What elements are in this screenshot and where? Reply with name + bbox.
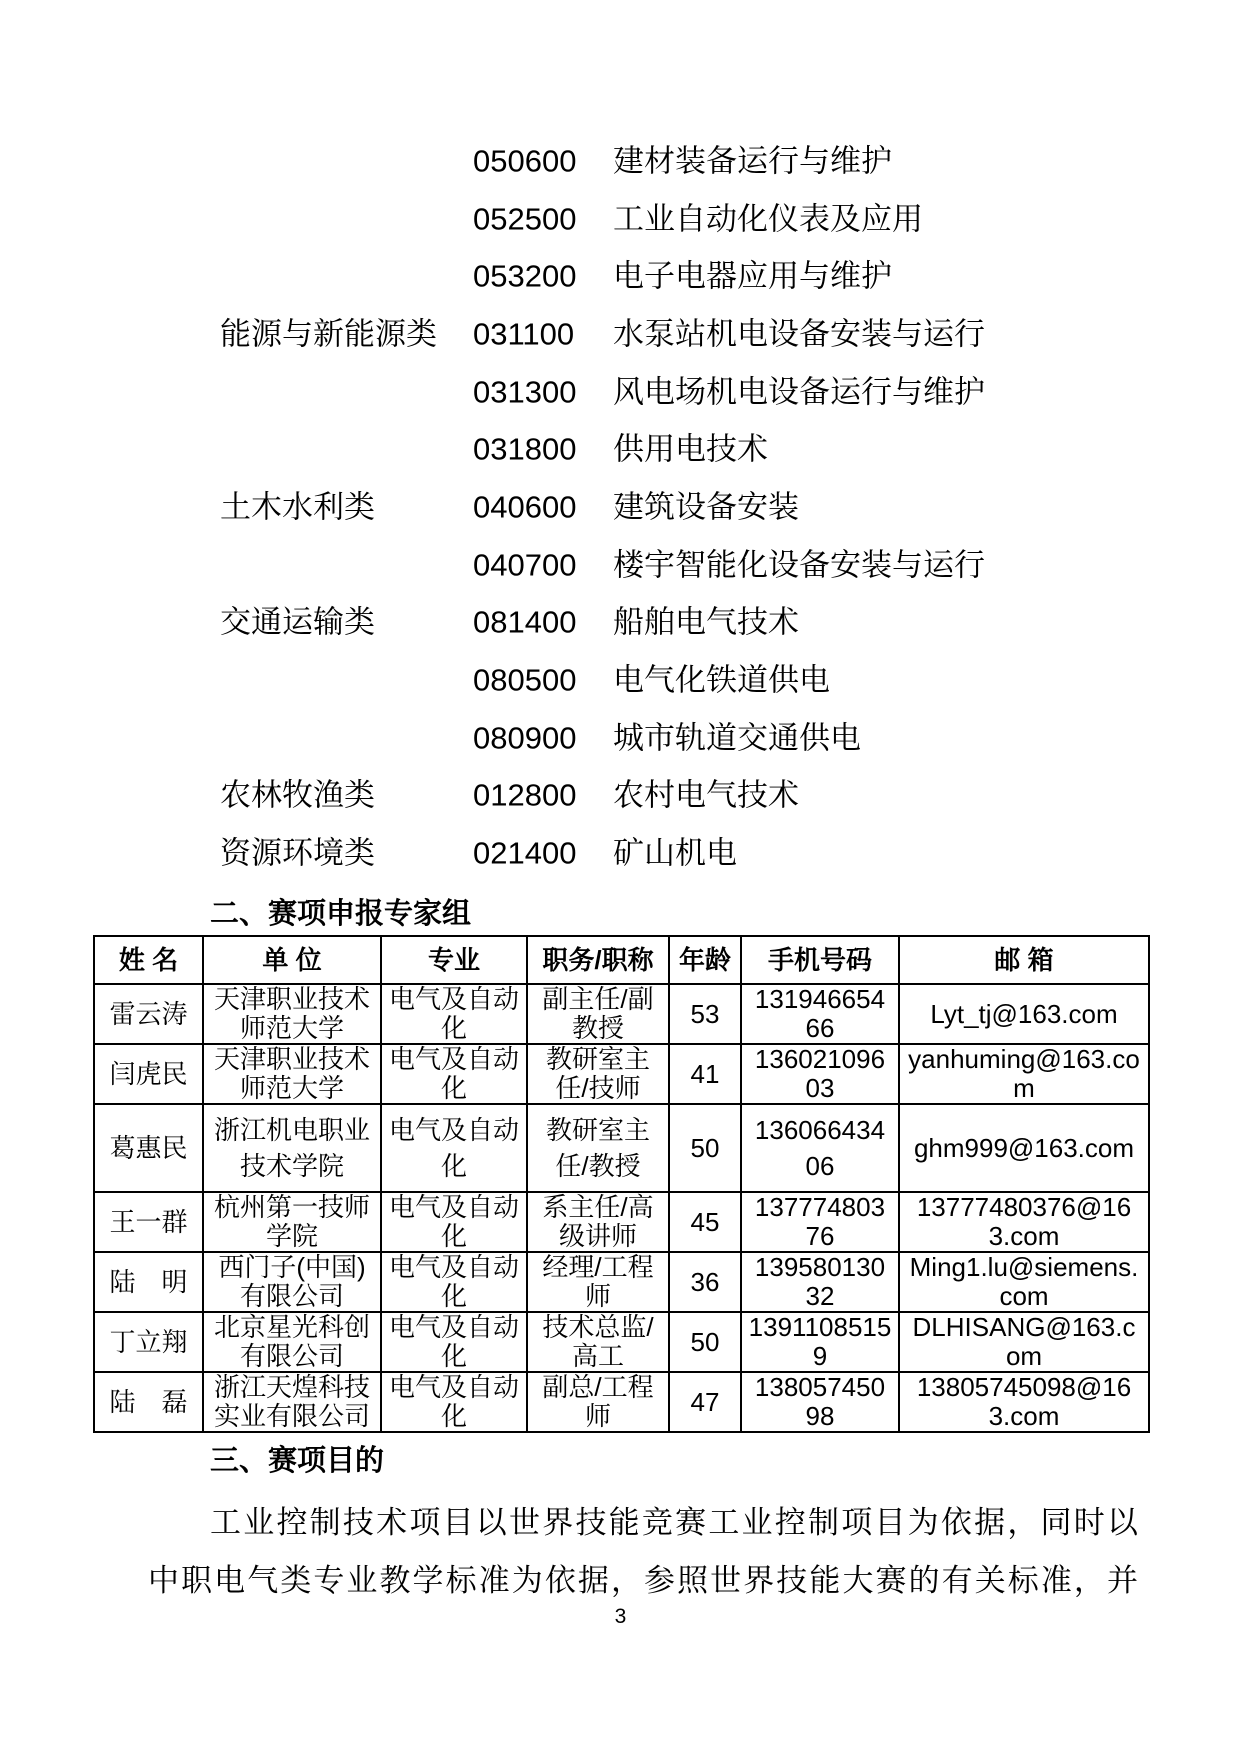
code-number: 021400	[473, 838, 576, 869]
column-header: 专业	[381, 936, 527, 984]
cell-name: 陆 明	[94, 1252, 203, 1312]
cell-major: 电气及自动化	[381, 1044, 527, 1104]
code-list-row: 能源与新能源类 031100 水泵站机电设备安装与运行	[0, 305, 1241, 363]
cell-phone: 13606643406	[741, 1104, 899, 1192]
code-list-row: 资源环境类 021400 矿山机电	[0, 824, 1241, 882]
code-number: 040600	[473, 491, 576, 522]
specialty-name: 建材装备运行与维护	[613, 145, 892, 176]
cell-unit: 浙江机电职业技术学院	[203, 1104, 381, 1192]
code-category: 资源环境类	[220, 838, 375, 869]
column-header: 手机号码	[741, 936, 899, 984]
specialty-name: 工业自动化仪表及应用	[613, 203, 923, 234]
code-category: 能源与新能源类	[220, 318, 437, 349]
specialty-code-list: 050600 建材装备运行与维护 052500 工业自动化仪表及应用 05320…	[0, 132, 1241, 882]
cell-title: 经理/工程师	[527, 1252, 669, 1312]
cell-email: 13805745098@163.com	[899, 1372, 1149, 1432]
code-number: 050600	[473, 145, 576, 176]
cell-email: DLHISANG@163.com	[899, 1312, 1149, 1372]
code-list-row: 080900 城市轨道交通供电	[0, 709, 1241, 767]
code-number: 080500	[473, 665, 576, 696]
cell-name: 丁立翔	[94, 1312, 203, 1372]
cell-unit: 天津职业技术师范大学	[203, 1044, 381, 1104]
code-list-row: 052500 工业自动化仪表及应用	[0, 190, 1241, 248]
cell-name: 葛惠民	[94, 1104, 203, 1192]
cell-name: 闫虎民	[94, 1044, 203, 1104]
code-number: 081400	[473, 607, 576, 638]
specialty-name: 建筑设备安装	[613, 491, 799, 522]
cell-age: 47	[669, 1372, 741, 1432]
cell-email: yanhuming@163.com	[899, 1044, 1149, 1104]
experts-table-header-row: 姓 名单 位专业职务/职称年龄手机号码邮 箱	[94, 936, 1149, 984]
cell-title: 教研室主任/技师	[527, 1044, 669, 1104]
code-list-row: 交通运输类 081400 船舶电气技术	[0, 594, 1241, 652]
experts-table-body: 雷云涛天津职业技术师范大学电气及自动化副主任/副教授5313194665466L…	[94, 984, 1149, 1432]
cell-unit: 天津职业技术师范大学	[203, 984, 381, 1044]
cell-phone: 13194665466	[741, 984, 899, 1044]
code-list-row: 080500 电气化铁道供电	[0, 651, 1241, 709]
code-number: 053200	[473, 261, 576, 292]
specialty-name: 矿山机电	[613, 838, 737, 869]
expert-row: 葛惠民浙江机电职业技术学院电气及自动化教研室主任/教授5013606643406…	[94, 1104, 1149, 1192]
cell-unit: 杭州第一技师学院	[203, 1192, 381, 1252]
specialty-name: 电子电器应用与维护	[613, 261, 892, 292]
column-header: 姓 名	[94, 936, 203, 984]
experts-section-heading: 二、赛项申报专家组	[210, 897, 471, 931]
purpose-line: 中职电气类专业教学标准为依据，参照世界技能大赛的有关标准，并	[148, 1552, 1138, 1610]
specialty-name: 船舶电气技术	[613, 607, 799, 638]
purpose-section-heading: 三、赛项目的	[210, 1444, 384, 1478]
code-number: 040700	[473, 549, 576, 580]
cell-phone: 13958013032	[741, 1252, 899, 1312]
cell-age: 50	[669, 1104, 741, 1192]
code-list-row: 031300 风电场机电设备运行与维护	[0, 363, 1241, 421]
specialty-name: 供用电技术	[613, 434, 768, 465]
purpose-line: 工业控制技术项目以世界技能竞赛工业控制项目为依据，同时以	[148, 1494, 1138, 1552]
code-list-row: 040700 楼宇智能化设备安装与运行	[0, 536, 1241, 594]
document-page: 050600 建材装备运行与维护 052500 工业自动化仪表及应用 05320…	[0, 0, 1241, 1754]
cell-unit: 浙江天煌科技实业有限公司	[203, 1372, 381, 1432]
cell-title: 系主任/高级讲师	[527, 1192, 669, 1252]
cell-major: 电气及自动化	[381, 1192, 527, 1252]
code-list-row: 053200 电子电器应用与维护	[0, 247, 1241, 305]
experts-table: 姓 名单 位专业职务/职称年龄手机号码邮 箱 雷云涛天津职业技术师范大学电气及自…	[93, 935, 1150, 1433]
cell-unit: 西门子(中国)有限公司	[203, 1252, 381, 1312]
cell-name: 陆 磊	[94, 1372, 203, 1432]
cell-major: 电气及自动化	[381, 1104, 527, 1192]
code-number: 031300	[473, 376, 576, 407]
code-category: 土木水利类	[220, 491, 375, 522]
cell-name: 王一群	[94, 1192, 203, 1252]
cell-email: Ming1.lu@siemens.com	[899, 1252, 1149, 1312]
cell-phone: 13777480376	[741, 1192, 899, 1252]
cell-title: 技术总监/高工	[527, 1312, 669, 1372]
column-header: 年龄	[669, 936, 741, 984]
cell-age: 45	[669, 1192, 741, 1252]
cell-email: 13777480376@163.com	[899, 1192, 1149, 1252]
cell-phone: 13602109603	[741, 1044, 899, 1104]
specialty-name: 楼宇智能化设备安装与运行	[613, 549, 985, 580]
code-category: 交通运输类	[220, 607, 375, 638]
cell-major: 电气及自动化	[381, 1312, 527, 1372]
code-number: 031800	[473, 434, 576, 465]
cell-major: 电气及自动化	[381, 984, 527, 1044]
specialty-name: 风电场机电设备运行与维护	[613, 376, 985, 407]
cell-unit: 北京星光科创有限公司	[203, 1312, 381, 1372]
code-list-row: 土木水利类 040600 建筑设备安装	[0, 478, 1241, 536]
column-header: 职务/职称	[527, 936, 669, 984]
specialty-name: 城市轨道交通供电	[613, 722, 861, 753]
expert-row: 闫虎民天津职业技术师范大学电气及自动化教研室主任/技师4113602109603…	[94, 1044, 1149, 1104]
code-list-row: 农林牧渔类 012800 农村电气技术	[0, 767, 1241, 825]
expert-row: 雷云涛天津职业技术师范大学电气及自动化副主任/副教授5313194665466L…	[94, 984, 1149, 1044]
cell-title: 教研室主任/教授	[527, 1104, 669, 1192]
cell-age: 36	[669, 1252, 741, 1312]
cell-email: Lyt_tj@163.com	[899, 984, 1149, 1044]
cell-major: 电气及自动化	[381, 1372, 527, 1432]
cell-major: 电气及自动化	[381, 1252, 527, 1312]
expert-row: 陆 磊浙江天煌科技实业有限公司电气及自动化副总/工程师4713805745098…	[94, 1372, 1149, 1432]
cell-age: 41	[669, 1044, 741, 1104]
cell-email: ghm999@163.com	[899, 1104, 1149, 1192]
specialty-name: 农村电气技术	[613, 780, 799, 811]
code-category: 农林牧渔类	[220, 780, 375, 811]
page-number: 3	[0, 1604, 1241, 1630]
specialty-name: 电气化铁道供电	[613, 665, 830, 696]
cell-age: 50	[669, 1312, 741, 1372]
code-number: 080900	[473, 722, 576, 753]
column-header: 单 位	[203, 936, 381, 984]
expert-row: 丁立翔北京星光科创有限公司电气及自动化技术总监/高工5013911085159D…	[94, 1312, 1149, 1372]
code-number: 031100	[473, 318, 574, 349]
cell-age: 53	[669, 984, 741, 1044]
code-number: 012800	[473, 780, 576, 811]
cell-title: 副总/工程师	[527, 1372, 669, 1432]
code-list-row: 050600 建材装备运行与维护	[0, 132, 1241, 190]
expert-row: 王一群杭州第一技师学院电气及自动化系主任/高级讲师451377748037613…	[94, 1192, 1149, 1252]
cell-phone: 13805745098	[741, 1372, 899, 1432]
cell-phone: 13911085159	[741, 1312, 899, 1372]
code-number: 052500	[473, 203, 576, 234]
purpose-paragraph: 工业控制技术项目以世界技能竞赛工业控制项目为依据，同时以中职电气类专业教学标准为…	[148, 1494, 1138, 1609]
code-list-row: 031800 供用电技术	[0, 420, 1241, 478]
expert-row: 陆 明西门子(中国)有限公司电气及自动化经理/工程师3613958013032M…	[94, 1252, 1149, 1312]
specialty-name: 水泵站机电设备安装与运行	[613, 318, 985, 349]
column-header: 邮 箱	[899, 936, 1149, 984]
cell-title: 副主任/副教授	[527, 984, 669, 1044]
cell-name: 雷云涛	[94, 984, 203, 1044]
